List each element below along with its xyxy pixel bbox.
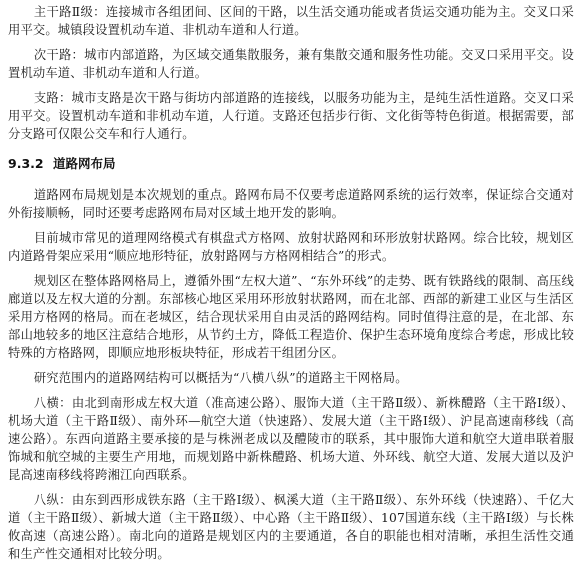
paragraph-eight-by-eight-summary: 研究范围内的道路网结构可以概括为“八横八纵”的道路主干网格局。 — [8, 369, 574, 387]
paragraph-arterial-road-level-2: 主干路Ⅱ级：连接城市各组团间、区间的干路，以生活交通功能或者货运交通功能为主。交… — [8, 3, 574, 39]
paragraph-network-patterns: 目前城市常见的道理网络模式有棋盘式方格网、放射状路网和环形放射状路网。综合比较，… — [8, 229, 574, 265]
document-page: 主干路Ⅱ级：连接城市各组团间、区间的干路，以生活交通功能或者货运交通功能为主。交… — [0, 0, 579, 563]
section-title: 道路网布局 — [53, 156, 116, 171]
paragraph-secondary-road: 次干路：城市内部道路，为区域交通集散服务，兼有集散交通和服务性功能。交叉口采用平… — [8, 46, 574, 82]
paragraph-eight-vertical: 八纵：由东到西形成铁东路（主干路Ⅰ级）、枫溪大道（主干路Ⅱ级）、东外环线（快速路… — [8, 491, 574, 563]
paragraph-overall-layout: 规划区在整体路网格局上，遵循外围“左权大道”、“东外环线”的走势、既有铁路线的限… — [8, 272, 574, 362]
section-heading: 9.3.2道路网布局 — [8, 155, 574, 173]
paragraph-network-planning-focus: 道路网布局规划是本次规划的重点。路网布局不仅要考虑道路网系统的运行效率，保证综合… — [8, 186, 574, 222]
paragraph-eight-horizontal: 八横：由北到南形成左权大道（准高速公路）、服饰大道（主干路Ⅱ级）、新株醴路（主干… — [8, 394, 574, 484]
paragraph-branch-road: 支路：城市支路是次干路与街坊内部道路的连接线，以服务功能为主，是纯生活性道路。交… — [8, 89, 574, 143]
section-number: 9.3.2 — [8, 155, 53, 173]
